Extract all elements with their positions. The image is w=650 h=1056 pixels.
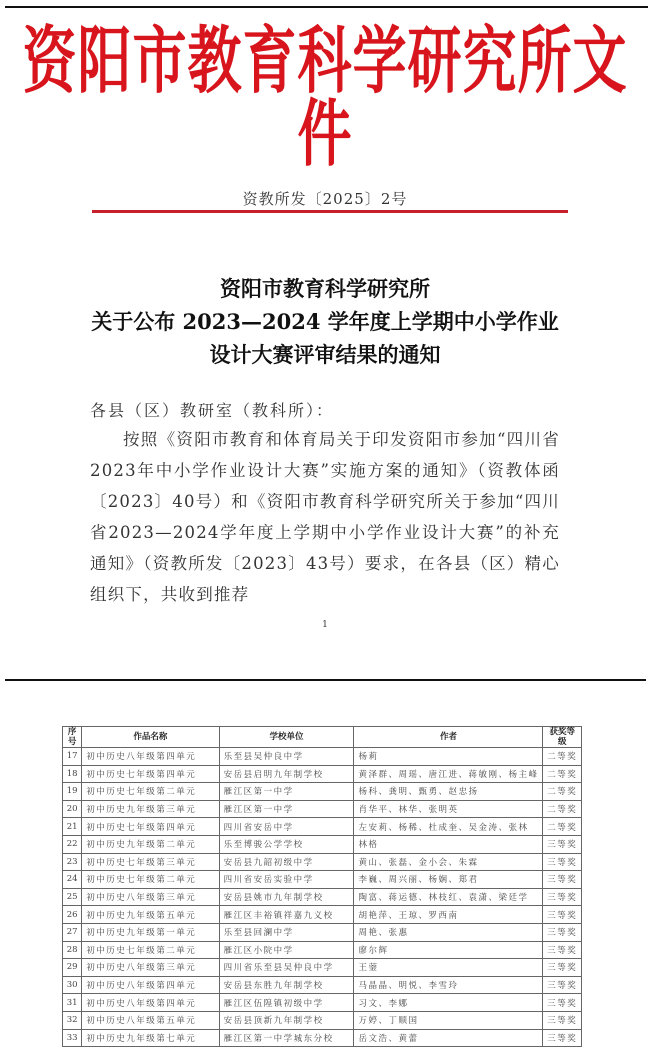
work-name: 初中历史八年级第三单元 [82, 888, 219, 906]
authors: 左安莉、杨稀、杜成奎、吴金涛、张林 [354, 818, 543, 836]
row-number: 18 [63, 765, 82, 783]
work-name: 初中历史九年级第二单元 [82, 835, 219, 853]
school-name: 雁江区丰裕镇祥嘉九义校 [219, 906, 354, 924]
school-name: 安岳县东胜九年制学校 [219, 976, 354, 994]
results-table: 序号 作品名称 学校单位 作者 获奖等级 17初中历史八年级第四单元乐至县吴仲良… [62, 726, 582, 1047]
work-name: 初中历史七年级第四单元 [82, 765, 219, 783]
work-name: 初中历史九年级第五单元 [82, 906, 219, 924]
row-number: 30 [63, 976, 82, 994]
red-divider [92, 210, 568, 213]
authors: 陶富、蒋运德、林枝红、袁潇、梁廷学 [354, 888, 543, 906]
row-number: 29 [63, 959, 82, 977]
table-row: 23初中历史七年级第三单元安岳县九韶初级中学黄山、张磊、金小会、朱霖三等奖 [63, 853, 582, 871]
authors: 李巍、周兴丽、杨娴、郑君 [354, 871, 543, 889]
authors: 肖华平、林华、张明英 [354, 800, 543, 818]
table-row: 21初中历史七年级第四单元四川省安岳中学左安莉、杨稀、杜成奎、吴金涛、张林二等奖 [63, 818, 582, 836]
work-name: 初中历史七年级第二单元 [82, 871, 219, 889]
table-body: 17初中历史八年级第四单元乐至县吴仲良中学杨莉二等奖18初中历史七年级第四单元安… [63, 748, 582, 1047]
row-number: 26 [63, 906, 82, 924]
school-name: 雁江区第一中学 [219, 800, 354, 818]
authors: 黄山、张磊、金小会、朱霖 [354, 853, 543, 871]
work-name: 初中历史七年级第二单元 [82, 941, 219, 959]
school-name: 安岳县九韶初级中学 [219, 853, 354, 871]
work-name: 初中历史九年级第一单元 [82, 923, 219, 941]
title-line-3: 设计大赛评审结果的通知 [0, 338, 650, 371]
row-number: 33 [63, 1029, 82, 1047]
page-number: 1 [0, 620, 650, 630]
school-name: 安岳县姚市九年制学校 [219, 888, 354, 906]
award-grade: 二等奖 [543, 818, 582, 836]
work-name: 初中历史九年级第三单元 [82, 800, 219, 818]
row-number: 25 [63, 888, 82, 906]
title-line-2: 关于公布 2023—2024 学年度上学期中小学作业 [0, 305, 650, 338]
award-grade: 三等奖 [543, 994, 582, 1012]
award-grade: 二等奖 [543, 800, 582, 818]
header-authors: 作者 [354, 727, 543, 748]
row-number: 19 [63, 783, 82, 801]
page-separator [5, 679, 646, 681]
table-row: 19初中历史七年级第二单元雁江区第一中学杨科、龚明、甄勇、赵忠扬二等奖 [63, 783, 582, 801]
header-school: 学校单位 [219, 727, 354, 748]
table-header-row: 序号 作品名称 学校单位 作者 获奖等级 [63, 727, 582, 748]
title-line-1: 资阳市教育科学研究所 [0, 272, 650, 305]
authors: 胡艳萍、王琼、罗西南 [354, 906, 543, 924]
work-name: 初中历史八年级第四单元 [82, 748, 219, 766]
row-number: 28 [63, 941, 82, 959]
award-grade: 二等奖 [543, 748, 582, 766]
authors: 杨科、龚明、甄勇、赵忠扬 [354, 783, 543, 801]
award-grade: 三等奖 [543, 1011, 582, 1029]
award-grade: 三等奖 [543, 835, 582, 853]
school-name: 安岳县启明九年制学校 [219, 765, 354, 783]
table-row: 24初中历史七年级第二单元四川省安岳实验中学李巍、周兴丽、杨娴、郑君三等奖 [63, 871, 582, 889]
award-grade: 二等奖 [543, 765, 582, 783]
award-grade: 三等奖 [543, 888, 582, 906]
work-name: 初中历史八年级第五单元 [82, 1011, 219, 1029]
table-row: 31初中历史八年级第四单元雁江区伍隍镇初级中学习文、李娜三等奖 [63, 994, 582, 1012]
table-row: 29初中历史八年级第三单元四川省乐至县吴仲良中学王蓥三等奖 [63, 959, 582, 977]
school-name: 乐至县吴仲良中学 [219, 748, 354, 766]
award-grade: 三等奖 [543, 1029, 582, 1047]
award-grade: 三等奖 [543, 923, 582, 941]
table-row: 27初中历史九年级第一单元乐至县回澜中学周艳、张惠三等奖 [63, 923, 582, 941]
body-paragraph: 按照《资阳市教育和体育局关于印发资阳市参加“四川省2023年中小学作业设计大赛”… [90, 424, 560, 610]
school-name: 雁江区小院中学 [219, 941, 354, 959]
authors: 林格 [354, 835, 543, 853]
table-row: 22初中历史九年级第二单元乐至博骏公学学校林格三等奖 [63, 835, 582, 853]
row-number: 24 [63, 871, 82, 889]
authors: 马晶晶、明悦、李雪玲 [354, 976, 543, 994]
work-name: 初中历史九年级第七单元 [82, 1029, 219, 1047]
authors: 万婷、丁顺国 [354, 1011, 543, 1029]
school-name: 安岳县顶新九年制学校 [219, 1011, 354, 1029]
work-name: 初中历史八年级第四单元 [82, 976, 219, 994]
school-name: 雁江区伍隍镇初级中学 [219, 994, 354, 1012]
row-number: 27 [63, 923, 82, 941]
school-name: 四川省乐至县吴仲良中学 [219, 959, 354, 977]
work-name: 初中历史七年级第三单元 [82, 853, 219, 871]
table-row: 17初中历史八年级第四单元乐至县吴仲良中学杨莉二等奖 [63, 748, 582, 766]
header-no: 序号 [63, 727, 82, 748]
authors: 杨莉 [354, 748, 543, 766]
award-grade: 三等奖 [543, 959, 582, 977]
authors: 周艳、张惠 [354, 923, 543, 941]
row-number: 31 [63, 994, 82, 1012]
row-number: 32 [63, 1011, 82, 1029]
award-grade: 三等奖 [543, 941, 582, 959]
school-name: 雁江区第一中学 [219, 783, 354, 801]
school-name: 四川省安岳实验中学 [219, 871, 354, 889]
row-number: 17 [63, 748, 82, 766]
award-grade: 三等奖 [543, 906, 582, 924]
award-grade: 三等奖 [543, 871, 582, 889]
work-name: 初中历史七年级第四单元 [82, 818, 219, 836]
school-name: 乐至博骏公学学校 [219, 835, 354, 853]
table-row: 30初中历史八年级第四单元安岳县东胜九年制学校马晶晶、明悦、李雪玲三等奖 [63, 976, 582, 994]
row-number: 20 [63, 800, 82, 818]
work-name: 初中历史七年级第二单元 [82, 783, 219, 801]
work-name: 初中历史八年级第四单元 [82, 994, 219, 1012]
document-masthead: 资阳市教育科学研究所文件 [0, 24, 650, 170]
header-name: 作品名称 [82, 727, 219, 748]
row-number: 21 [63, 818, 82, 836]
award-grade: 二等奖 [543, 783, 582, 801]
table-row: 18初中历史七年级第四单元安岳县启明九年制学校黄泽群、周瑶、唐江进、蒋敏刚、杨主… [63, 765, 582, 783]
top-rule [5, 6, 648, 8]
authors: 习文、李娜 [354, 994, 543, 1012]
authors: 王蓥 [354, 959, 543, 977]
table-row: 25初中历史八年级第三单元安岳县姚市九年制学校陶富、蒋运德、林枝红、袁潇、梁廷学… [63, 888, 582, 906]
table-row: 33初中历史九年级第七单元雁江区第一中学城东分校岳文浩、黄蕾三等奖 [63, 1029, 582, 1047]
table-row: 20初中历史九年级第三单元雁江区第一中学肖华平、林华、张明英二等奖 [63, 800, 582, 818]
table-row: 32初中历史八年级第五单元安岳县顶新九年制学校万婷、丁顺国三等奖 [63, 1011, 582, 1029]
document-title: 资阳市教育科学研究所 关于公布 2023—2024 学年度上学期中小学作业 设计… [0, 272, 650, 371]
header-grade: 获奖等级 [543, 727, 582, 748]
table-row: 26初中历史九年级第五单元雁江区丰裕镇祥嘉九义校胡艳萍、王琼、罗西南三等奖 [63, 906, 582, 924]
authors: 岳文浩、黄蕾 [354, 1029, 543, 1047]
award-grade: 三等奖 [543, 853, 582, 871]
work-name: 初中历史八年级第三单元 [82, 959, 219, 977]
body-text: 按照《资阳市教育和体育局关于印发资阳市参加“四川省2023年中小学作业设计大赛”… [90, 424, 560, 610]
authors: 黄泽群、周瑶、唐江进、蒋敏刚、杨主峰 [354, 765, 543, 783]
school-name: 四川省安岳中学 [219, 818, 354, 836]
school-name: 雁江区第一中学城东分校 [219, 1029, 354, 1047]
award-grade: 三等奖 [543, 976, 582, 994]
salutation: 各县（区）教研室（教科所）： [90, 398, 334, 421]
row-number: 22 [63, 835, 82, 853]
table-row: 28初中历史七年级第二单元雁江区小院中学廖尔辉三等奖 [63, 941, 582, 959]
authors: 廖尔辉 [354, 941, 543, 959]
document-number: 资教所发〔2025〕2号 [0, 188, 650, 209]
row-number: 23 [63, 853, 82, 871]
school-name: 乐至县回澜中学 [219, 923, 354, 941]
